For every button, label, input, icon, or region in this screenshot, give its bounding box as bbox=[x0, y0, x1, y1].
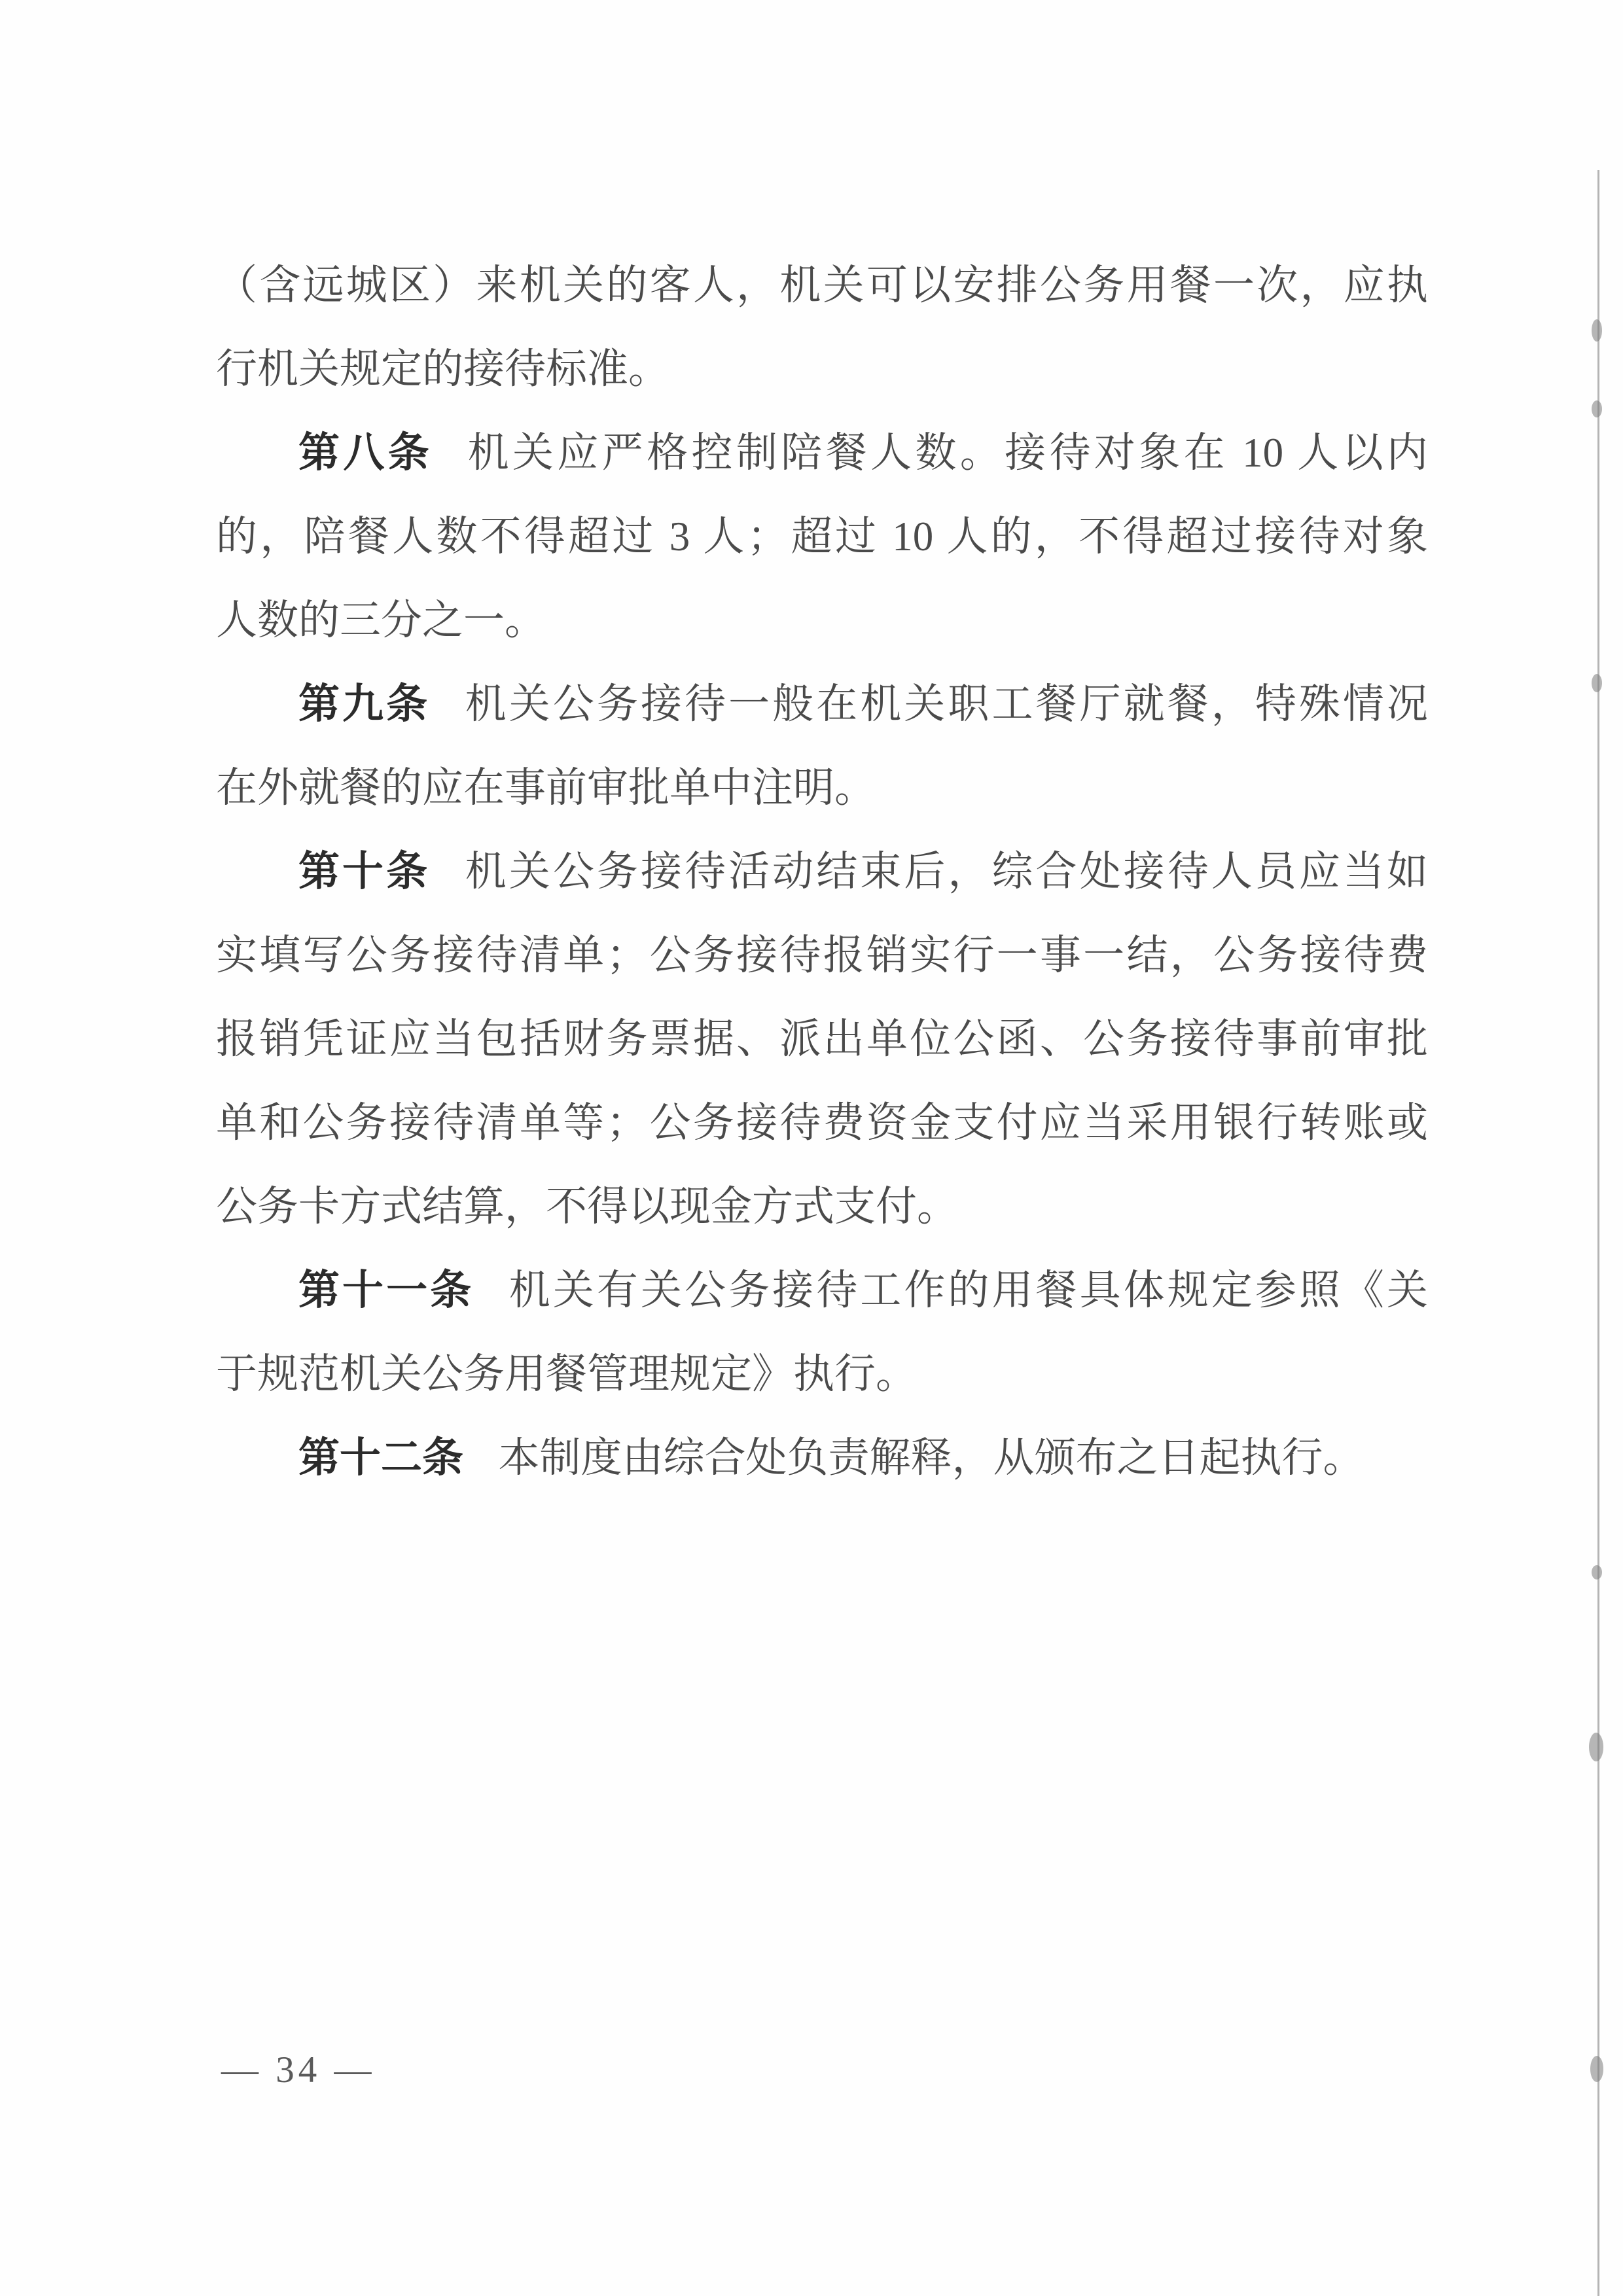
line-text: 的，陪餐人数不得超过 3 人；超过 10 人的，不得超过接待对象 bbox=[216, 514, 1428, 559]
document-line: 第九条机关公务接待一般在机关职工餐厅就餐，特殊情况 bbox=[216, 662, 1428, 746]
line-text: 公务卡方式结算，不得以现金方式支付。 bbox=[216, 1184, 958, 1229]
document-line: 第十条机关公务接待活动结束后，综合处接待人员应当如 bbox=[216, 830, 1428, 913]
line-text: 本制度由综合处负责解释，从颁布之日起执行。 bbox=[499, 1435, 1364, 1481]
article-number: 第九条 bbox=[298, 681, 430, 727]
scan-artifact-blob bbox=[1592, 1565, 1602, 1580]
line-text: 人数的三分之一。 bbox=[216, 597, 546, 643]
text-block: （含远城区）来机关的客人，机关可以安排公务用餐一次，应执 行机关规定的接待标准。… bbox=[216, 243, 1428, 1500]
line-text: 机关应严格控制陪餐人数。接待对象在 10 人以内 bbox=[468, 430, 1428, 476]
document-line: 实填写公务接待清单；公务接待报销实行一事一结，公务接待费 bbox=[216, 913, 1428, 997]
line-text: 于规范机关公务用餐管理规定》执行。 bbox=[216, 1351, 917, 1397]
line-text: 机关公务接待一般在机关职工餐厅就餐，特殊情况 bbox=[465, 681, 1428, 727]
document-line: 单和公务接待清单等；公务接待费资金支付应当采用银行转账或 bbox=[216, 1081, 1428, 1165]
scan-artifact-blob bbox=[1592, 674, 1602, 692]
line-text: 机关公务接待活动结束后，综合处接待人员应当如 bbox=[465, 849, 1428, 894]
article-number: 第十条 bbox=[298, 849, 430, 894]
line-text: （含远城区）来机关的客人，机关可以安排公务用餐一次，应执 bbox=[216, 262, 1428, 308]
line-text: 实填写公务接待清单；公务接待报销实行一事一结，公务接待费 bbox=[216, 932, 1428, 978]
line-text: 机关有关公务接待工作的用餐具体规定参照《关 bbox=[509, 1267, 1428, 1313]
document-line: 第十二条本制度由综合处负责解释，从颁布之日起执行。 bbox=[216, 1416, 1428, 1500]
scan-artifact-blob bbox=[1589, 1733, 1603, 1761]
article-number: 第八条 bbox=[298, 430, 433, 476]
line-text: 行机关规定的接待标准。 bbox=[216, 346, 669, 392]
document-line: 行机关规定的接待标准。 bbox=[216, 327, 1428, 411]
scan-artifact-blob bbox=[1592, 400, 1602, 417]
document-line: 人数的三分之一。 bbox=[216, 578, 1428, 662]
article-number: 第十二条 bbox=[298, 1435, 463, 1481]
document-line: 报销凭证应当包括财务票据、派出单位公函、公务接待事前审批 bbox=[216, 997, 1428, 1081]
line-text: 报销凭证应当包括财务票据、派出单位公函、公务接待事前审批 bbox=[216, 1016, 1428, 1062]
document-page: （含远城区）来机关的客人，机关可以安排公务用餐一次，应执 行机关规定的接待标准。… bbox=[0, 0, 1623, 2296]
document-line: （含远城区）来机关的客人，机关可以安排公务用餐一次，应执 bbox=[216, 243, 1428, 327]
page-number: — 34 — bbox=[221, 2049, 376, 2091]
document-line: 的，陪餐人数不得超过 3 人；超过 10 人的，不得超过接待对象 bbox=[216, 495, 1428, 578]
scan-artifact-line bbox=[1597, 170, 1599, 2296]
document-line: 在外就餐的应在事前审批单中注明。 bbox=[216, 746, 1428, 830]
line-text: 在外就餐的应在事前审批单中注明。 bbox=[216, 765, 876, 811]
article-number: 第十一条 bbox=[298, 1267, 474, 1313]
line-text: 单和公务接待清单等；公务接待费资金支付应当采用银行转账或 bbox=[216, 1100, 1428, 1146]
scan-artifact-blob bbox=[1592, 319, 1602, 342]
document-line: 于规范机关公务用餐管理规定》执行。 bbox=[216, 1332, 1428, 1416]
document-line: 公务卡方式结算，不得以现金方式支付。 bbox=[216, 1165, 1428, 1248]
document-line: 第十一条机关有关公务接待工作的用餐具体规定参照《关 bbox=[216, 1248, 1428, 1332]
document-line: 第八条机关应严格控制陪餐人数。接待对象在 10 人以内 bbox=[216, 411, 1428, 495]
scan-artifact-blob bbox=[1590, 2056, 1603, 2082]
